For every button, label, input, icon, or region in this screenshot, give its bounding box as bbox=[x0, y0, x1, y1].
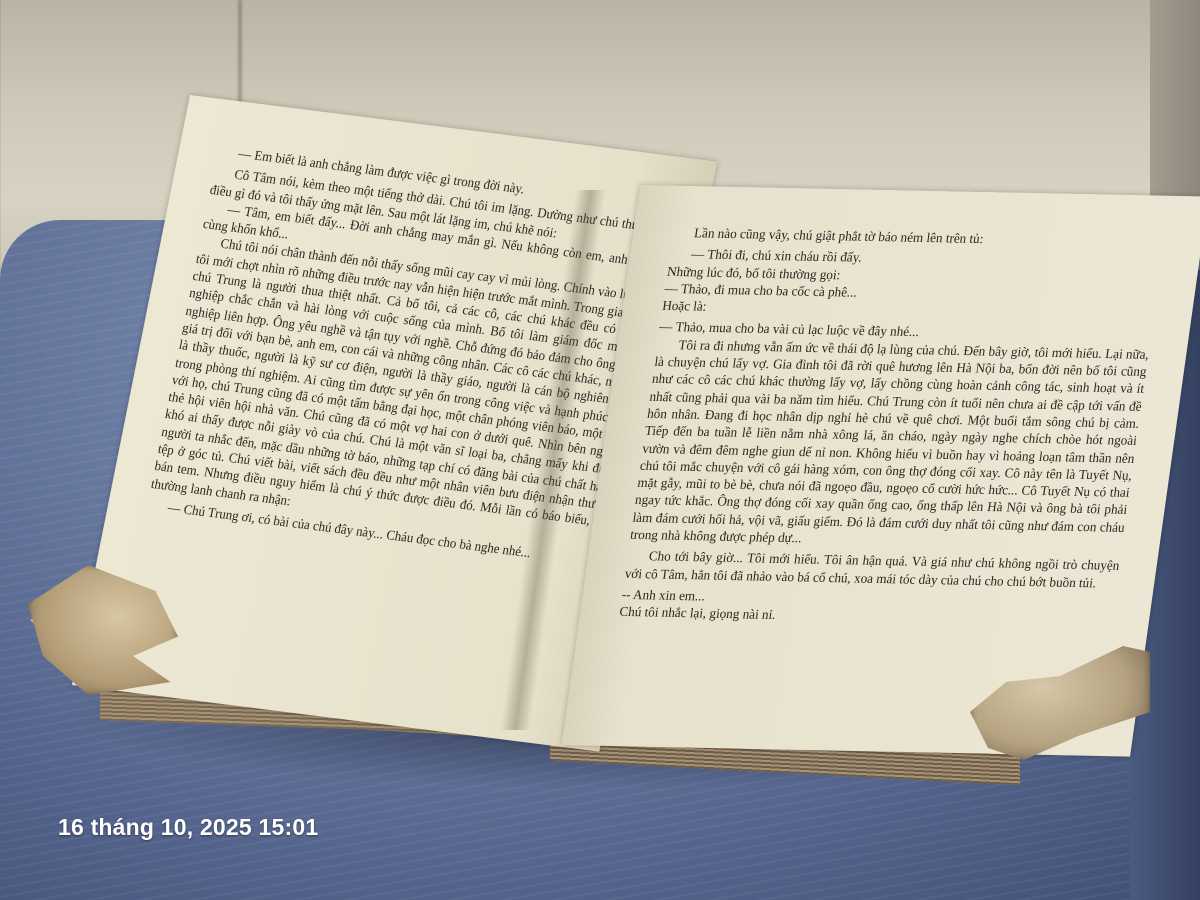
right-page-text: Lần nào cũng vậy, chú giật phắt tờ báo n… bbox=[618, 224, 1165, 631]
paragraph: Cho tới bây giờ... Tôi mới hiểu. Tôi ân … bbox=[624, 547, 1121, 592]
wall-seam bbox=[238, 0, 242, 110]
paragraph: Tôi ra đi nhưng vẫn ấm ức về thái độ lạ … bbox=[629, 336, 1150, 554]
photo-timestamp: 16 tháng 10, 2025 15:01 bbox=[58, 814, 318, 841]
